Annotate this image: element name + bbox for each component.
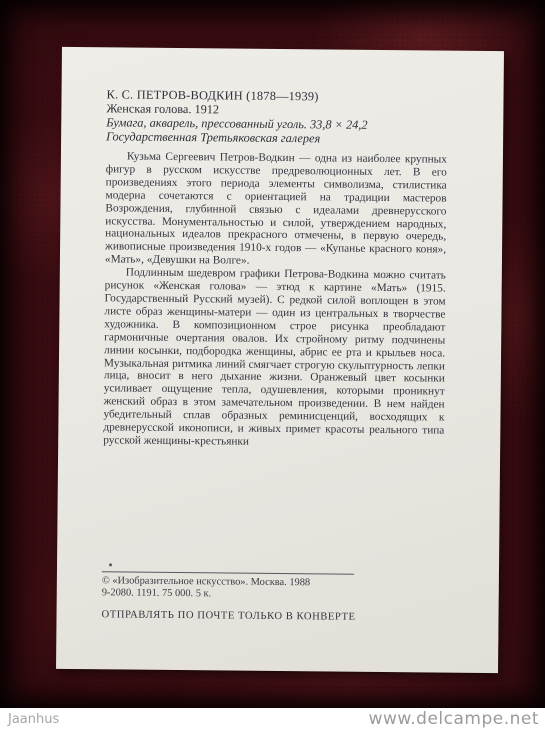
postcard-scan-photo: К. С. ПЕТРОВ-ВОДКИН (1878—1939) Женская … (0, 0, 545, 730)
postcard-text-column: К. С. ПЕТРОВ-ВОДКИН (1878—1939) Женская … (103, 47, 448, 450)
divider-rule (102, 571, 354, 574)
description-paragraph-1: Кузьма Сергеевич Петров-Водкин — одна из… (105, 150, 447, 269)
imprint-block: © «Изобразительное искусство». Москва. 1… (101, 563, 443, 624)
mailing-notice-line: ОТПРАВЛЯТЬ ПО ПОЧТЕ ТОЛЬКО В КОНВЕРТЕ (101, 609, 442, 624)
watermark-bar: Jaanhus www.delcampe.net (0, 708, 545, 730)
watermark-seller-name: Jaanhus (8, 712, 59, 727)
description-paragraph-2: Подлинным шедевром графики Петрова-Водки… (103, 266, 446, 450)
postcard-back: К. С. ПЕТРОВ-ВОДКИН (1878—1939) Женская … (56, 47, 504, 673)
print-code-line: 9-2080. 1191. 75 000. 5 к. (102, 587, 443, 602)
artwork-caption-block: К. С. ПЕТРОВ-ВОДКИН (1878—1939) Женская … (106, 87, 448, 146)
gallery-line: Государственная Третьяковская галерея (106, 129, 447, 146)
print-speck-mark (109, 563, 112, 566)
watermark-site-url: www.delcampe.net (369, 709, 539, 729)
